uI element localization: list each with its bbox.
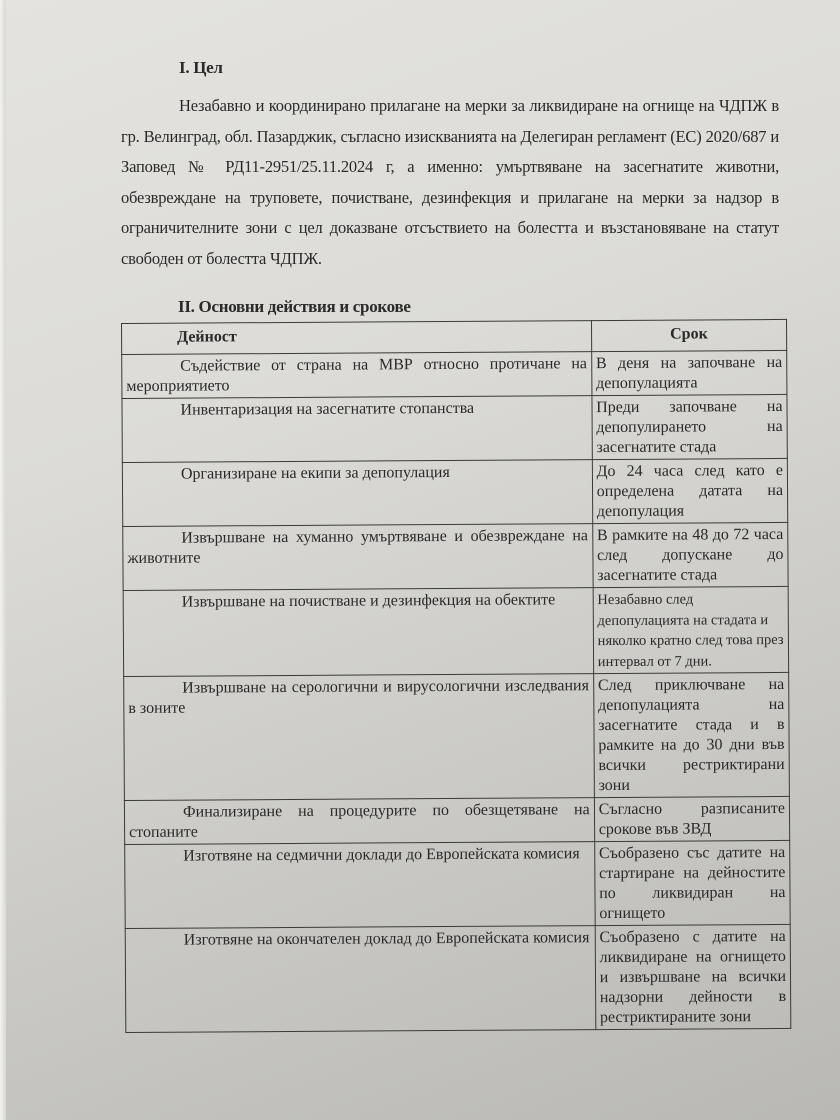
table-row: Извършване на хуманно умъртвяване и обез… — [123, 522, 788, 590]
deadline-cell: Съгласно разписаните срокове във ЗВД — [594, 796, 790, 841]
table-row: Съдействие от страна на МВР относно прот… — [122, 350, 787, 398]
deadline-cell: До 24 часа след като е определена датата… — [592, 458, 788, 523]
activity-cell: Инвентаризация на засегнатите стопанства — [122, 396, 592, 463]
deadline-cell: Незабавно след депопулацията на стадата … — [593, 586, 789, 673]
deadline-cell: В рамките на 48 до 72 часа след допускан… — [592, 522, 788, 587]
table-row: Изготвяне на окончателен доклад до Европ… — [125, 924, 791, 1032]
section-1-paragraph: Незабавно и координирано прилагане на ме… — [121, 91, 779, 274]
table-row: Извършване на серологични и вирусологичн… — [124, 672, 790, 800]
activity-cell: Организиране на екипи за депопулация — [122, 460, 592, 527]
activity-cell: Финализиране на процедурите по обезщетяв… — [124, 798, 594, 845]
deadline-cell: След приключване на депопулацията на зас… — [593, 672, 789, 797]
deadline-cell: В деня на започване на депопулацията — [591, 350, 787, 395]
table-header-row: Дейност Срок — [122, 319, 787, 354]
table-row: Инвентаризация на засегнатите стопанства… — [122, 394, 787, 462]
actions-table: Дейност Срок Съдействие от страна на МВР… — [121, 319, 791, 1033]
activity-cell: Извършване на серологични и вирусологичн… — [124, 674, 594, 801]
activity-cell: Извършване на почистване и дезинфекция н… — [123, 588, 593, 677]
section-2-heading: II. Основни действия и срокове — [178, 297, 411, 317]
table-row: Изготвяне на седмични доклади до Европей… — [125, 840, 791, 928]
page-edge — [0, 0, 6, 1120]
section-1-heading: I. Цел — [179, 58, 223, 78]
deadline-cell: Преди започване на депопулирането на зас… — [592, 394, 788, 459]
activity-cell: Изготвяне на окончателен доклад до Европ… — [125, 926, 595, 1033]
table-row: Финализиране на процедурите по обезщетяв… — [124, 796, 789, 844]
deadline-cell: Съобразено с датите на ликвидиране на ог… — [595, 924, 791, 1029]
deadline-cell: Съобразено със датите на стартиране на д… — [594, 840, 790, 925]
activity-cell: Изготвяне на седмични доклади до Европей… — [125, 842, 595, 929]
header-deadline: Срок — [591, 319, 786, 351]
table-row: Извършване на почистване и дезинфекция н… — [123, 586, 789, 676]
table-row: Организиране на екипи за депопулация До … — [122, 458, 787, 526]
header-activity: Дейност — [122, 321, 592, 355]
activity-cell: Извършване на хуманно умъртвяване и обез… — [123, 524, 593, 591]
activity-cell: Съдействие от страна на МВР относно прот… — [122, 352, 592, 399]
